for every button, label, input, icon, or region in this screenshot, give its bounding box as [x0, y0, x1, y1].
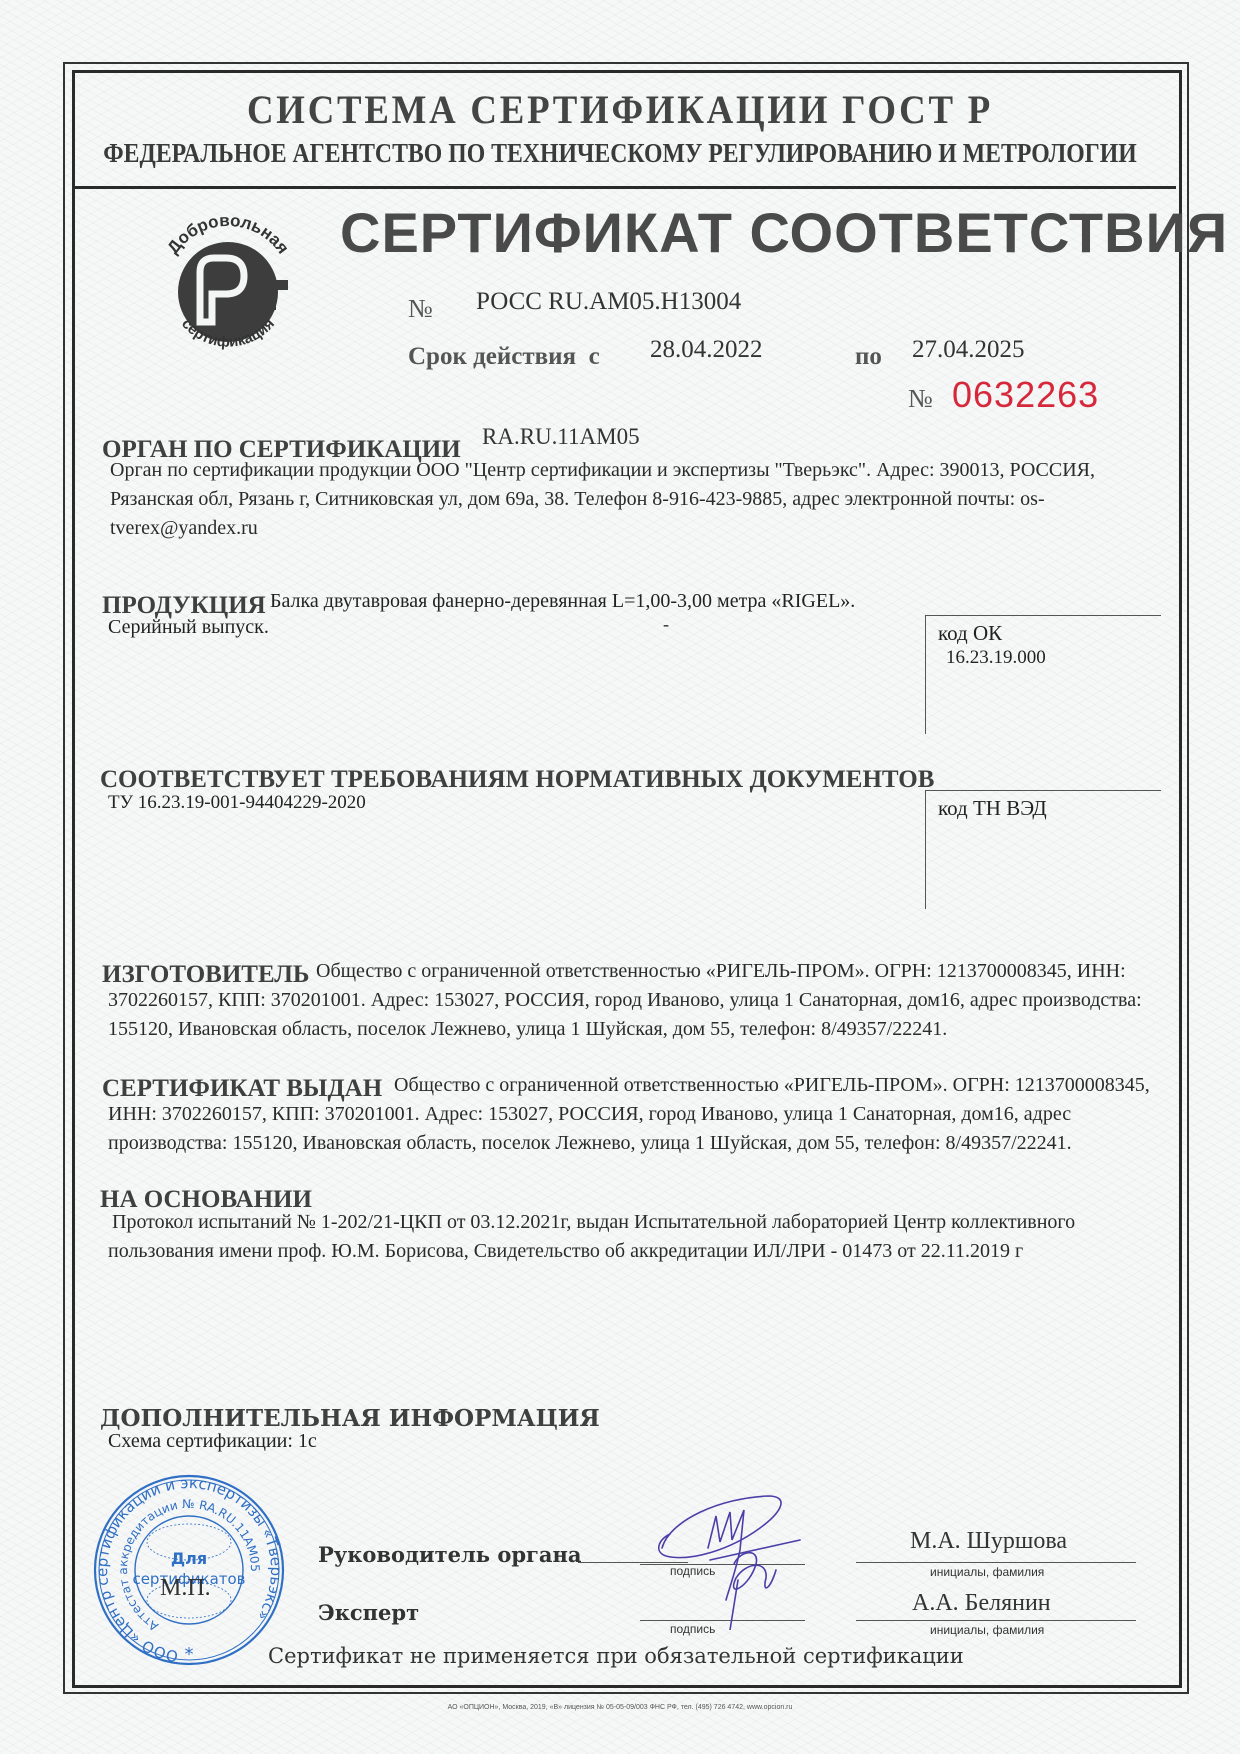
valid-to-label: по [855, 343, 882, 371]
additional-heading: ДОПОЛНИТЕЛЬНАЯ ИНФОРМАЦИЯ [100, 1405, 600, 1432]
requirements-heading: СООТВЕТСТВУЕТ ТРЕБОВАНИЯМ НОРМАТИВНЫХ ДО… [100, 766, 934, 794]
cert-body-code: RA.RU.11АМ05 [482, 424, 640, 450]
validity-label: Срок действия с [408, 343, 600, 371]
basis-details: Протокол испытаний № 1-202/21-ЦКП от 03.… [108, 1208, 1158, 1266]
valid-to-date: 27.04.2025 [912, 336, 1025, 364]
footer-note: Сертификат не применяется при обязательн… [268, 1644, 964, 1668]
validity-text: Срок действия [408, 343, 576, 370]
certificate-title: СЕРТИФИКАТ СООТВЕТСТВИЯ [340, 200, 1228, 265]
expert-name-line [856, 1620, 1136, 1621]
serial-sign: № [908, 384, 933, 414]
header-divider [75, 186, 1176, 189]
validity-from-label: с [589, 343, 600, 370]
valid-from-date: 28.04.2022 [650, 336, 763, 364]
cert-body-details: Орган по сертификации продукции ООО "Цен… [110, 456, 1150, 543]
manufacturer-heading: ИЗГОТОВИТЕЛЬ [102, 961, 309, 989]
ok-code-value: 16.23.19.000 [946, 647, 1046, 669]
printer-imprint: АО «ОПЦИОН», Москва, 2019, «В» лицензия … [0, 1704, 1240, 1711]
expert-role-label: Эксперт [318, 1600, 419, 1625]
head-name: М.А. Шуршова [910, 1528, 1067, 1555]
product-name: Балка двутавровая фанерно-деревянная L=1… [270, 590, 855, 613]
handwritten-signature-icon [650, 1490, 820, 1630]
product-release: Серийный выпуск. [108, 616, 269, 639]
requirements-document: ТУ 16.23.19-001-94404229-2020 [108, 792, 366, 814]
number-sign: № [408, 294, 433, 324]
mp-label: М.П. [160, 1575, 211, 1602]
expert-name: А.А. Белянин [912, 1590, 1051, 1617]
head-name-line [856, 1562, 1136, 1563]
agency-name: ФЕДЕРАЛЬНОЕ АГЕНТСТВО ПО ТЕХНИЧЕСКОМУ РЕ… [74, 138, 1165, 169]
ok-code-label: код ОК [938, 621, 1002, 646]
additional-details: Схема сертификации: 1с [108, 1430, 317, 1453]
head-role-label: Руководитель органа [318, 1542, 581, 1567]
tn-ved-label: код ТН ВЭД [938, 796, 1047, 821]
ok-code-box: код ОК 16.23.19.000 [925, 615, 1161, 734]
expert-name-caption: инициалы, фамилия [930, 1623, 1044, 1637]
product-dash: - [663, 614, 669, 635]
tn-ved-code-box: код ТН ВЭД [925, 790, 1161, 909]
serial-number: 0632263 [952, 374, 1099, 416]
head-name-caption: инициалы, фамилия [930, 1565, 1044, 1579]
certificate-number: РОСС RU.АМ05.Н13004 [476, 288, 741, 316]
svg-text:*: * [185, 1644, 194, 1665]
system-title: СИСТЕМА СЕРТИФИКАЦИИ ГОСТ Р [50, 86, 1191, 133]
svg-text:Для: Для [171, 1549, 207, 1568]
issued-to-heading: СЕРТИФИКАТ ВЫДАН [102, 1075, 382, 1103]
gost-r-logo-icon: Добровольная сертификация [148, 210, 308, 370]
seal-stamp-icon: ООО «Центр сертификации и экспертизы «Тв… [92, 1472, 287, 1672]
